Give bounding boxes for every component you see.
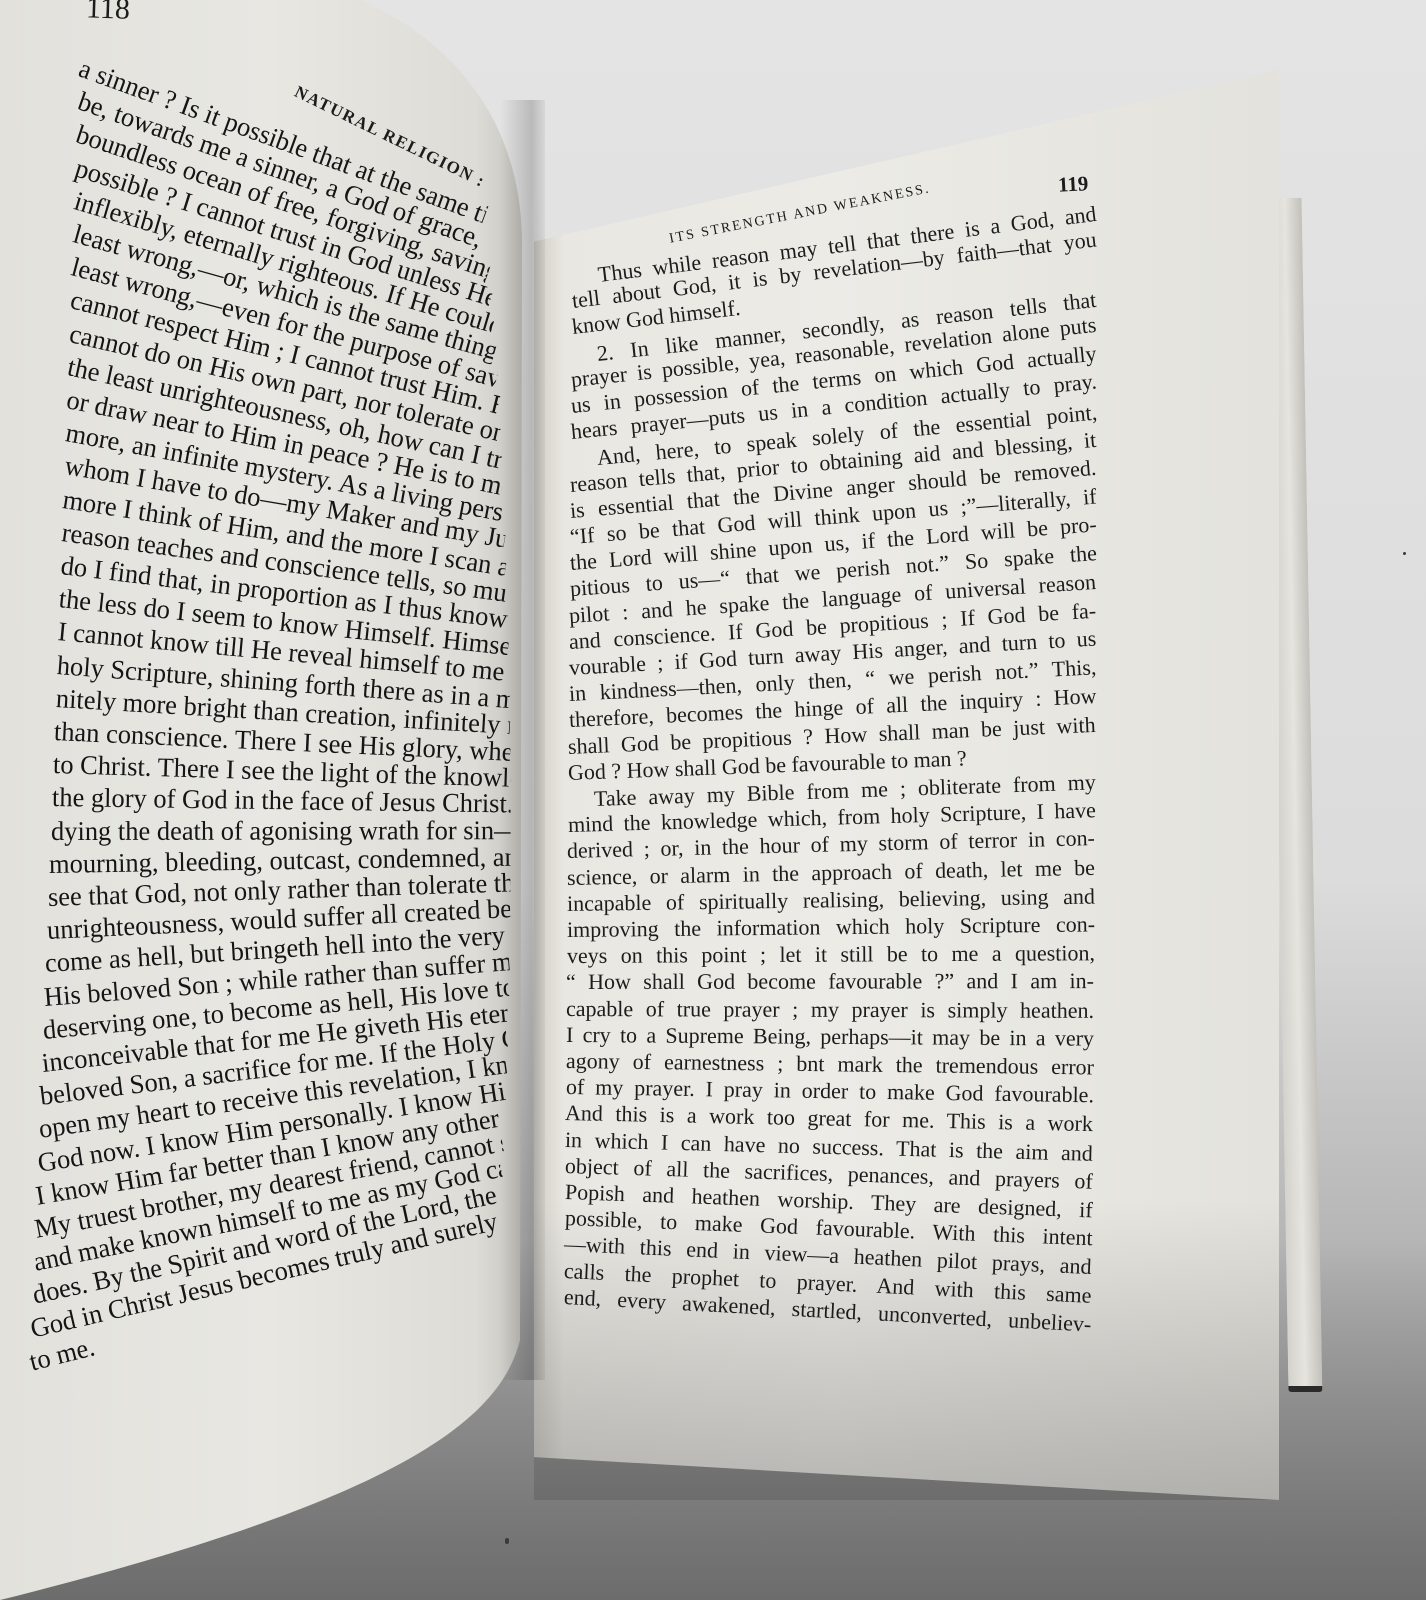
- dust-speck: [505, 1538, 509, 1544]
- page-number-left: 118: [85, 0, 130, 27]
- text-line: veys on this point ; let it still be to …: [567, 940, 1095, 969]
- text-line: I cry to a Supreme Being, perhaps—it may…: [566, 1022, 1094, 1052]
- page-number-right: 119: [1057, 171, 1089, 198]
- text-line: improving the information which holy Scr…: [567, 911, 1095, 943]
- text-line: “ How shall God become favourable ?” and…: [566, 968, 1094, 995]
- text-line: dying the death of agonising wrath for s…: [50, 815, 510, 847]
- dust-speck: [1403, 552, 1406, 555]
- text-line: capable of true prayer ; my prayer is si…: [566, 996, 1094, 1024]
